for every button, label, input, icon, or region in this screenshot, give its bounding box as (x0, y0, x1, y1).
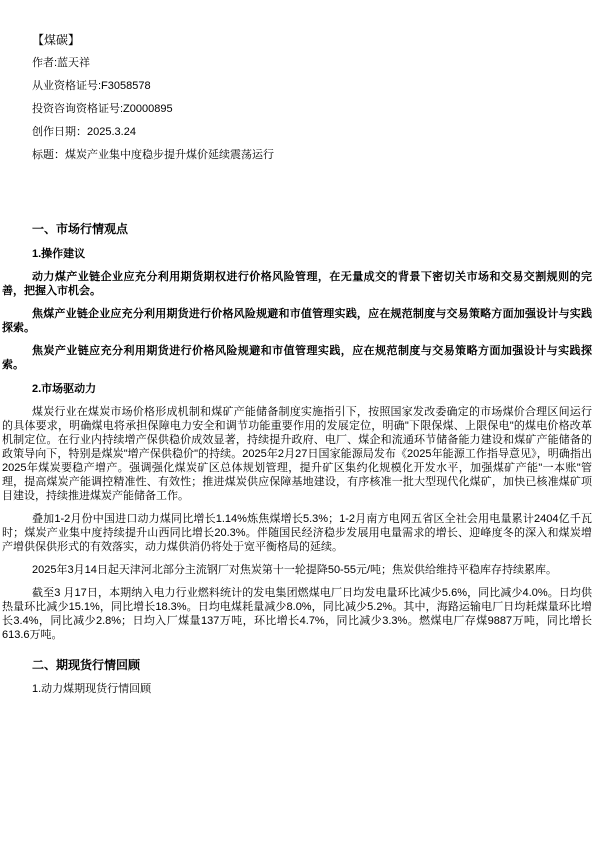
doc-category: 【煤碳】 (2, 33, 592, 47)
doc-practice-cert: 从业资格证号:F3058578 (2, 79, 592, 93)
driver-paragraph-imports: 叠加1-2月份中国进口动力煤同比增长1.14%炼焦煤增长5.3%；1-2月南方电… (2, 512, 592, 554)
advice-paragraph-coke: 焦炭产业链应充分利用期货进行价格风险规避和市值管理实践，应在规范制度与交易策略方… (2, 344, 592, 372)
advice-paragraph-thermal-coal: 动力煤产业链企业应充分利用期货期权进行价格风险管理，在无量成交的背景下密切关市场… (2, 270, 592, 298)
section-1-heading: 一、市场行情观点 (2, 222, 592, 237)
doc-author: 作者:蓝天祥 (2, 56, 592, 70)
driver-paragraph-power-stats: 截至3 月17日，本期纳入电力行业燃料统计的发电集团燃煤电厂日均发电量环比减少5… (2, 586, 592, 642)
doc-date: 创作日期：2025.3.24 (2, 125, 592, 139)
doc-title: 标题：煤炭产业集中度稳步提升煤价延续震荡运行 (2, 148, 592, 162)
section-1-sub-1-heading: 1.操作建议 (2, 247, 592, 261)
document-page: 【煤碳】 作者:蓝天祥 从业资格证号:F3058578 投资咨询资格证号:Z00… (0, 0, 595, 842)
section-2-sub-1-heading: 1.动力煤期现货行情回顾 (2, 682, 592, 696)
section-2-heading: 二、期现货行情回顾 (2, 658, 592, 673)
doc-advisory-cert: 投资咨询资格证号:Z0000895 (2, 102, 592, 116)
advice-paragraph-coking-coal: 焦煤产业链企业应充分利用期货进行价格风险规避和市值管理实践，应在规范制度与交易策… (2, 307, 592, 335)
section-1-sub-2-heading: 2.市场驱动力 (2, 382, 592, 396)
driver-paragraph-policy: 煤炭行业在煤炭市场价格形成机制和煤矿产能储备制度实施指引下，按照国家发改委确定的… (2, 405, 592, 503)
driver-paragraph-coke-price: 2025年3月14日起天津河北部分主流钢厂对焦炭第十一轮提降50-55元/吨；焦… (2, 563, 592, 577)
